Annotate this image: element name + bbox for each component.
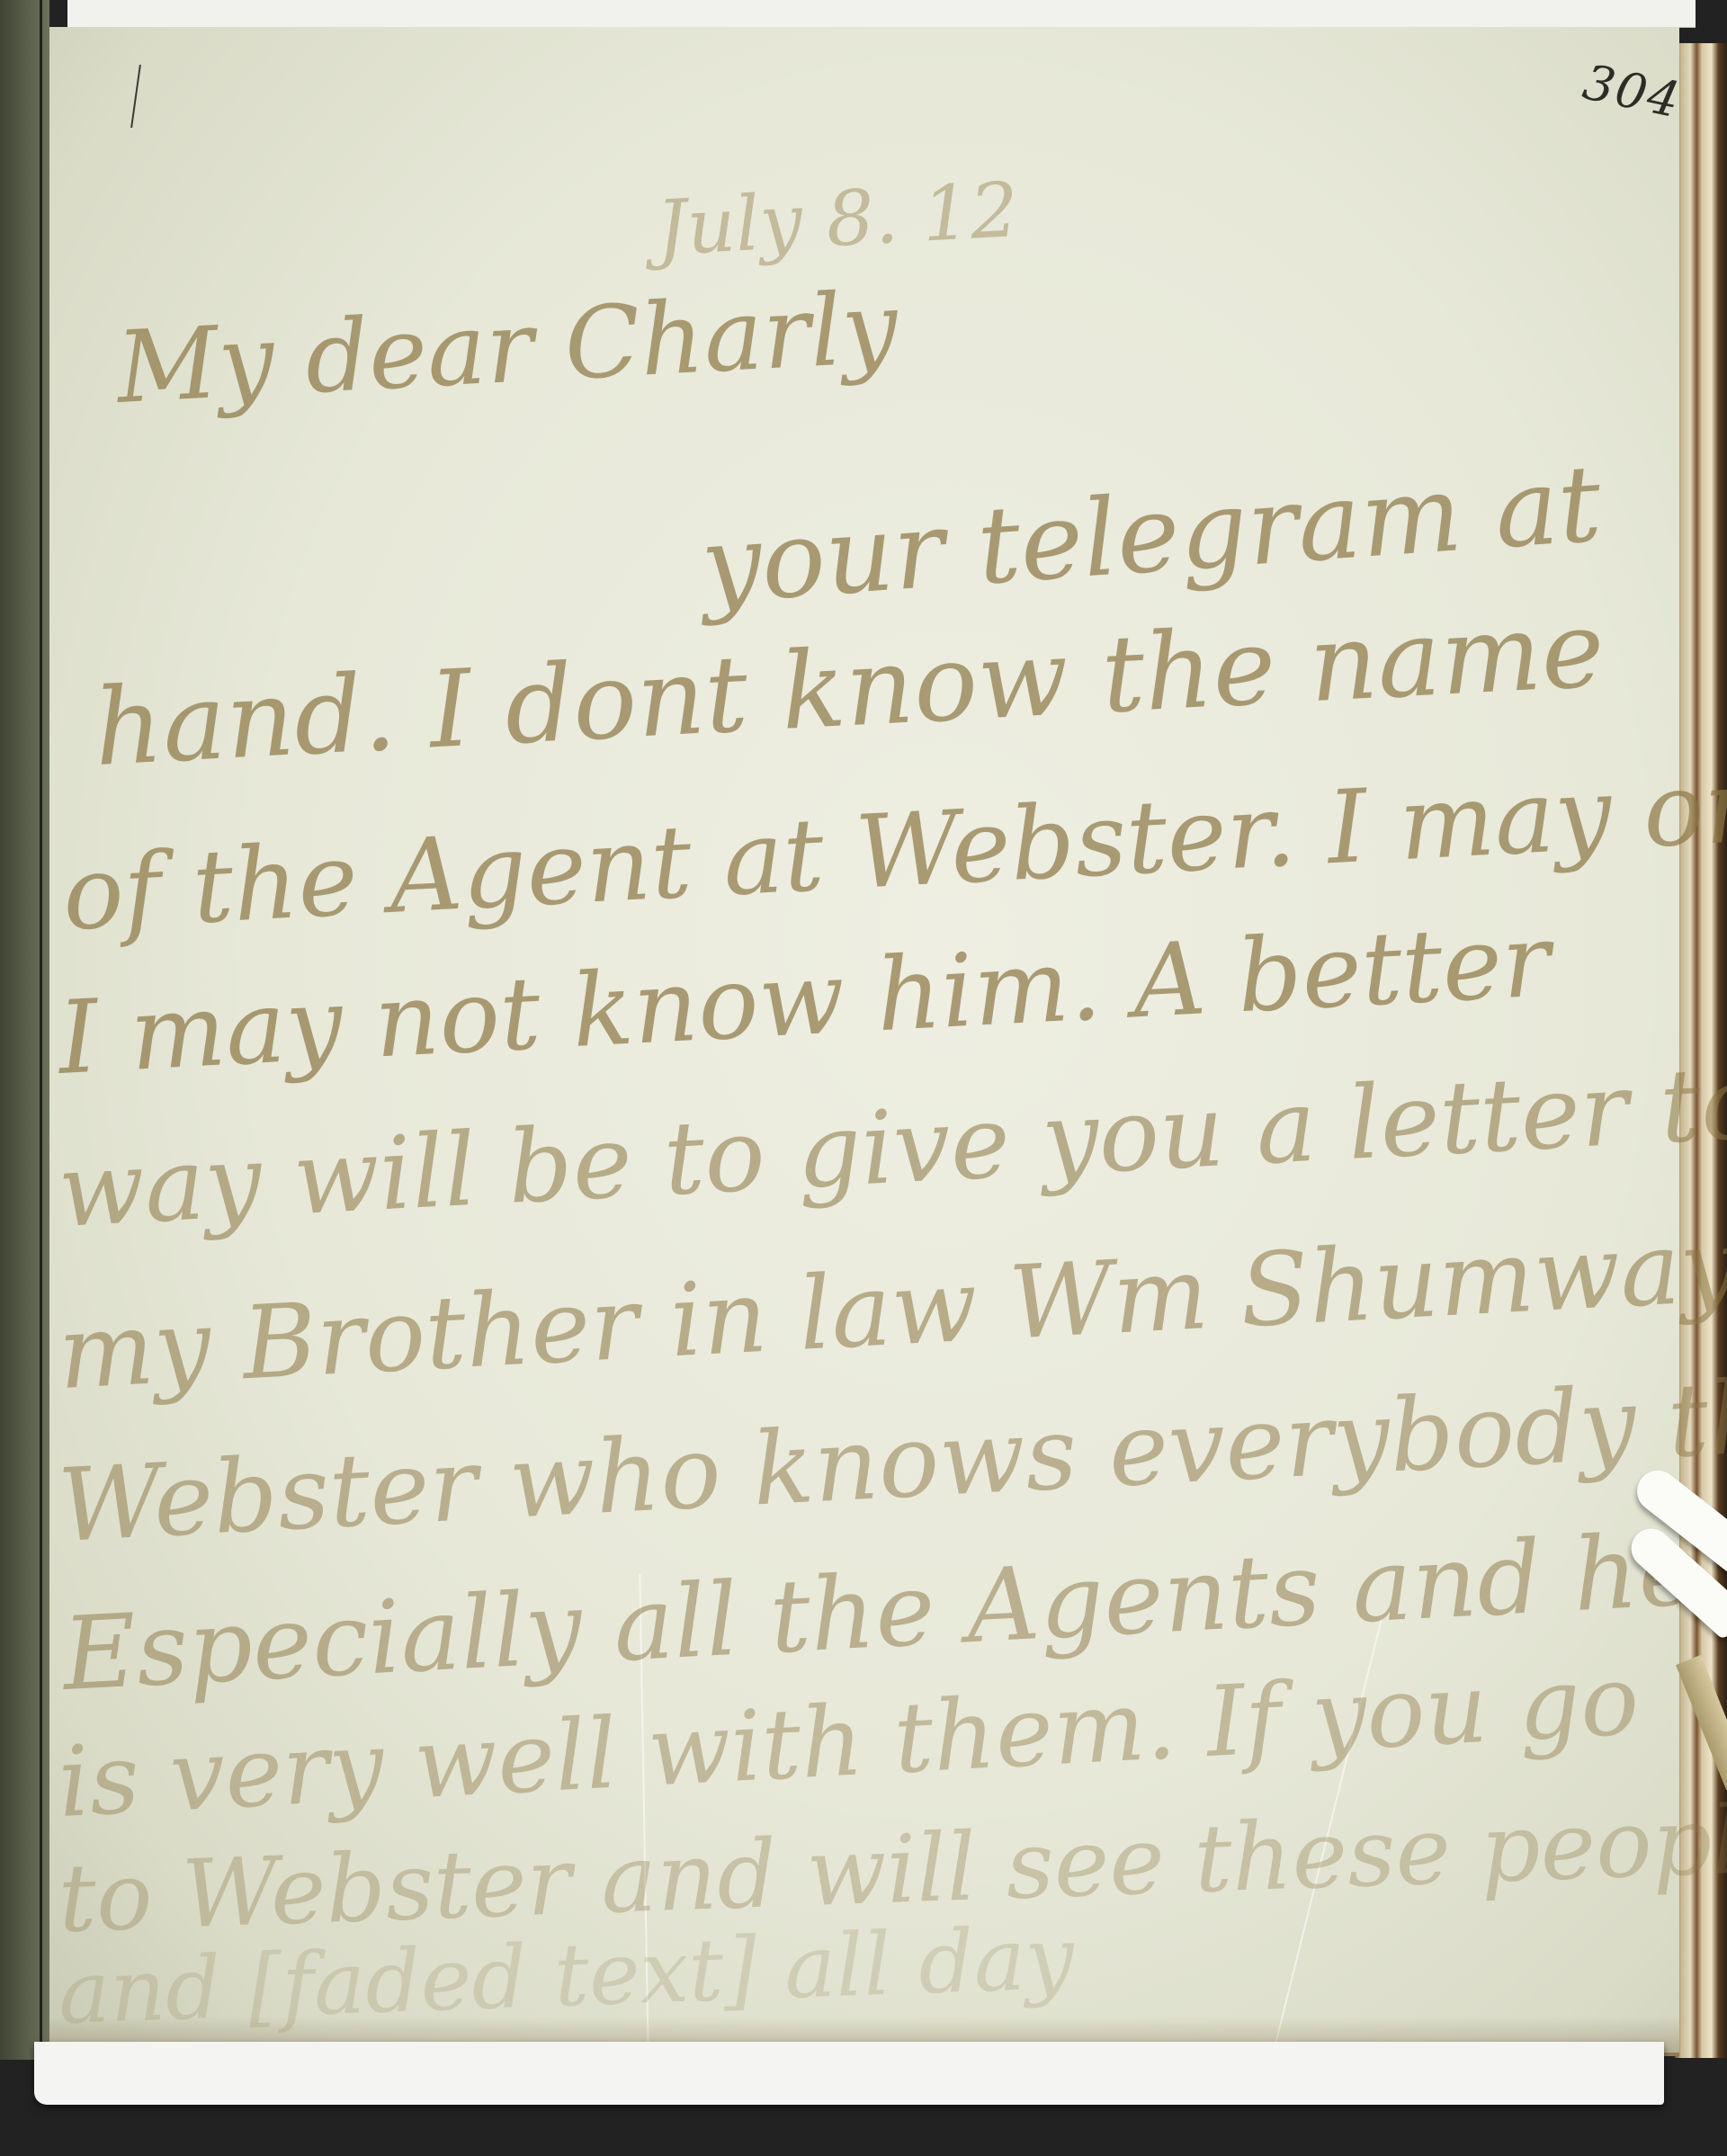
binding-line (40, 0, 42, 2051)
paper-tear (130, 65, 147, 128)
backing-sheet-bottom (34, 2042, 1664, 2105)
backing-sheet-top (67, 0, 1696, 28)
